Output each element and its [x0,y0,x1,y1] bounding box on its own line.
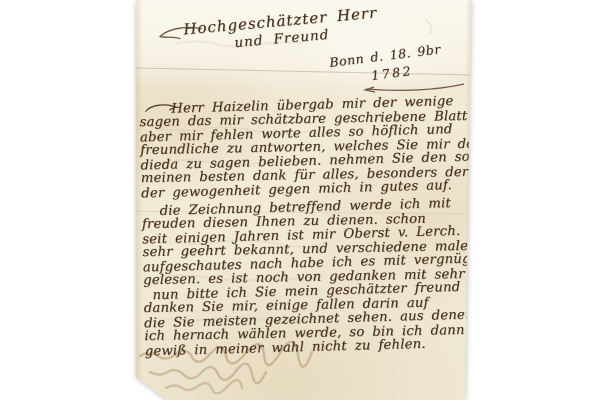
paragraph-2: die Zeichnung betreffend werde ich mit f… [141,197,472,358]
paragraph-1: Herr Haizelin übergab mir der wenige sag… [139,95,469,200]
letter-body: Herr Haizelin übergab mir der wenige sag… [139,95,473,358]
letter-scan-photo: Hochgeschätzter Herr und Freund Bonn d. … [0,0,600,400]
paper-shadow: Hochgeschätzter Herr und Freund Bonn d. … [0,0,600,400]
letter-page: Hochgeschätzter Herr und Freund Bonn d. … [136,0,472,400]
